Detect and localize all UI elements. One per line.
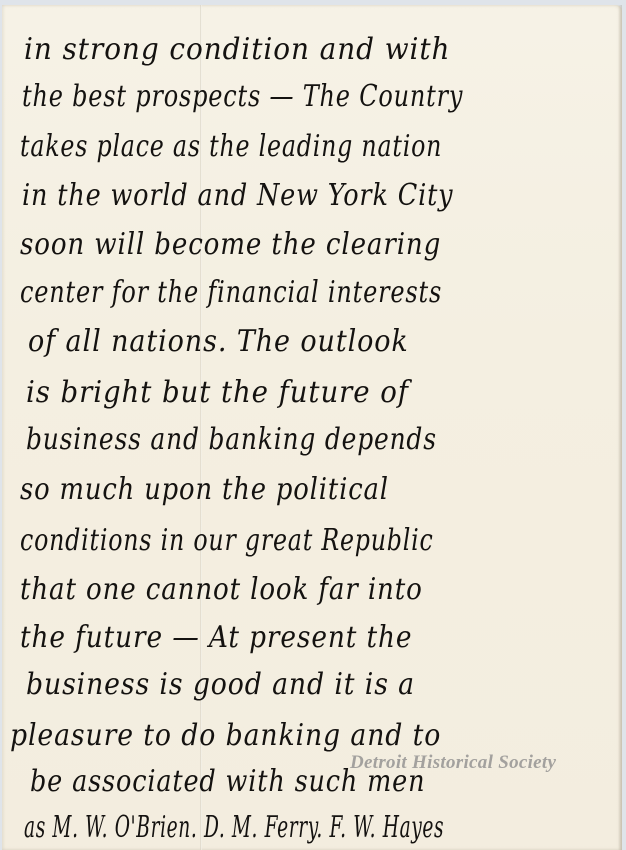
handwritten-line-6: center for the financial interests [20, 278, 442, 308]
handwritten-line-8: is bright but the future of [26, 378, 409, 408]
letter-paper: in strong condition and with the best pr… [2, 5, 622, 850]
handwritten-line-14: business is good and it is a [26, 670, 415, 700]
handwritten-line-4: in the world and New York City [22, 181, 453, 211]
handwritten-line-2: the best prospects — The Country [22, 82, 463, 112]
handwritten-line-11: conditions in our great Republic [20, 526, 434, 556]
handwritten-line-5: soon will become the clearing [20, 230, 441, 260]
handwritten-line-9: business and banking depends [26, 425, 437, 455]
handwritten-line-3: takes place as the leading nation [20, 132, 442, 162]
scanned-letter: in strong condition and with the best pr… [0, 0, 626, 850]
handwritten-line-1: in strong condition and with [24, 35, 450, 65]
watermark-text: Detroit Historical Society [350, 752, 556, 774]
handwritten-signatures-line: as M. W. O'Brien. D. M. Ferry. F. W. Hay… [24, 813, 444, 843]
handwritten-line-12: that one cannot look far into [20, 575, 423, 605]
handwritten-line-15: pleasure to do banking and to [10, 721, 441, 751]
handwritten-line-7: of all nations. The outlook [28, 327, 409, 357]
handwritten-line-13: the future — At present the [20, 623, 412, 653]
handwritten-line-10: so much upon the political [20, 475, 389, 505]
